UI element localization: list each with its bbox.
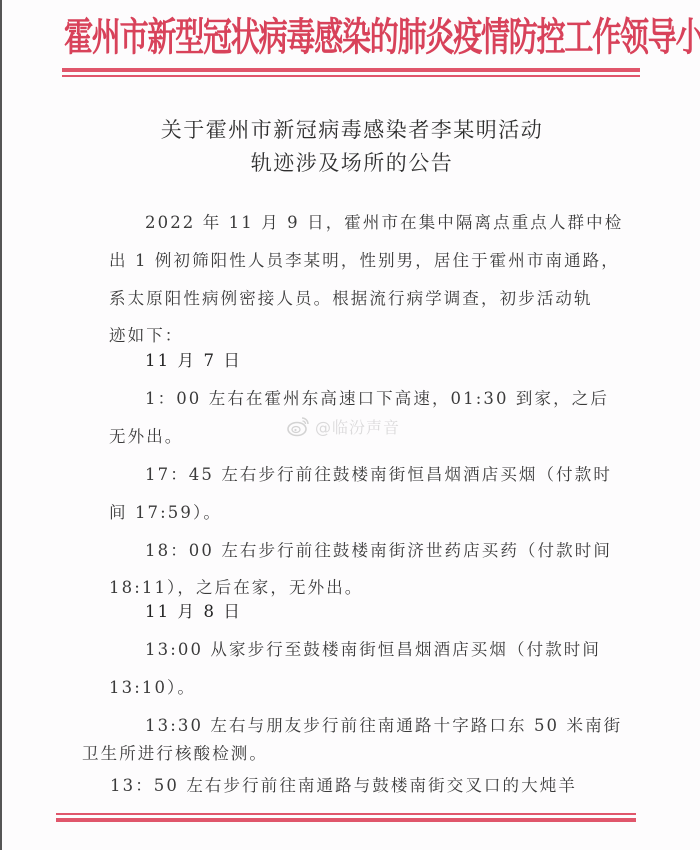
notice-title-line-1: 关于霍州市新冠病毒感染者李某明活动	[2, 114, 700, 144]
notice-title-line-2: 轨迹涉及场所的公告	[2, 147, 700, 177]
footer-rule-thin	[56, 813, 636, 815]
activity-line: 17：45 左右步行前往鼓楼南街恒昌烟酒店买烟（付款时	[145, 461, 612, 485]
letterhead-rule-thick	[62, 68, 640, 72]
intro-line: 迹如下：	[109, 322, 183, 346]
activity-line: 无外出。	[109, 423, 183, 447]
activity-line: 1：00 左右在霍州东高速口下高速，01:30 到家，之后	[145, 385, 609, 409]
activity-line: 间 17:59）。	[109, 499, 222, 523]
date-heading-nov-8: 11 月 8 日	[145, 598, 242, 622]
document-page: 霍州市新型冠状病毒感染的肺炎疫情防控工作领导小组办公室 关于霍州市新冠病毒感染者…	[2, 0, 700, 850]
weibo-watermark: @临汾声音	[287, 413, 400, 439]
activity-line: 13:00 从家步行至鼓楼南街恒昌烟酒店买烟（付款时间	[145, 636, 601, 660]
activity-line: 卫生所进行核酸检测。	[82, 740, 268, 764]
date-heading-nov-7: 11 月 7 日	[145, 347, 242, 371]
weibo-icon	[287, 415, 311, 437]
letterhead-issuer: 霍州市新型冠状病毒感染的肺炎疫情防控工作领导小组办公室	[64, 3, 644, 71]
activity-line: 18:11），之后在家，无外出。	[109, 574, 363, 598]
letterhead-rule-thin	[62, 75, 640, 77]
activity-line: 13:30 左右与朋友步行前往南通路十字路口东 50 米南街	[145, 712, 622, 736]
watermark-text: @临汾声音	[315, 415, 400, 438]
intro-line: 系太原阳性病例密接人员。根据流行病学调查，初步活动轨	[109, 285, 593, 309]
activity-line: 13:10）。	[109, 674, 196, 698]
activity-line: 13：50 左右步行前往南通路与鼓楼南街交叉口的大炖羊	[110, 772, 577, 796]
intro-line: 出 1 例初筛阳性人员李某明，性别男，居住于霍州市南通路，	[109, 247, 620, 271]
intro-line: 2022 年 11 月 9 日，霍州市在集中隔离点重点人群中检	[145, 209, 623, 233]
activity-line: 18：00 左右步行前往鼓楼南街济世药店买药（付款时间	[145, 537, 612, 561]
footer-rule-thick	[56, 818, 636, 822]
